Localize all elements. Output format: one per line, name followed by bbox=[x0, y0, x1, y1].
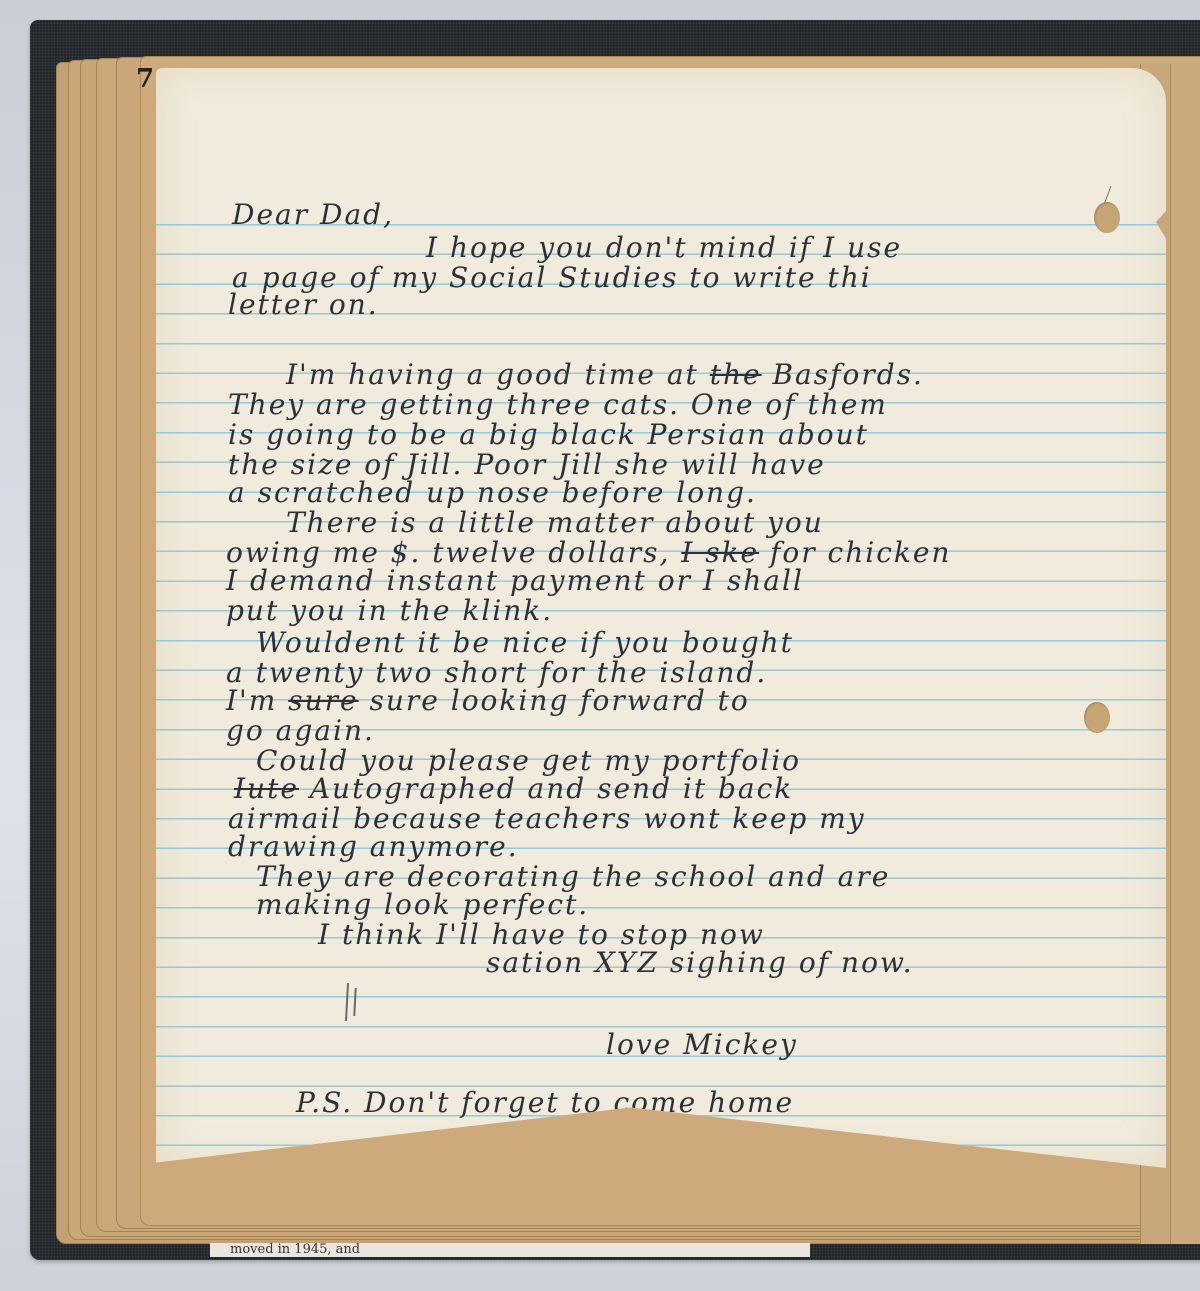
salutation: Dear Dad, bbox=[232, 200, 394, 230]
text: sure looking forward to bbox=[359, 684, 750, 717]
letter-line: drawing anymore. bbox=[228, 832, 519, 862]
punch-hole bbox=[1084, 702, 1110, 733]
next-page-edge bbox=[1170, 64, 1200, 1244]
postscript-line: P.S. Don't forget to come home bbox=[296, 1088, 794, 1118]
letter-line: I demand instant payment or I shall bbox=[226, 566, 804, 596]
struck-text: Iute bbox=[234, 772, 299, 805]
letter-line: a scratched up nose before long. bbox=[228, 478, 757, 508]
letter-line: put you in the klink. bbox=[226, 596, 553, 626]
sign-off-line: sation XYZ sighing of now. bbox=[486, 948, 913, 978]
letter-line: I'm sure sure looking forward to bbox=[226, 686, 750, 716]
letter-line: go again. bbox=[226, 716, 375, 746]
text: I'm bbox=[226, 684, 288, 717]
newspaper-clipping-edge: moved in 1945, and bbox=[210, 1243, 810, 1257]
punch-hole bbox=[1094, 202, 1120, 233]
letter-line: letter on. bbox=[228, 290, 379, 320]
struck-text: the bbox=[710, 358, 762, 391]
closing-signature: love Mickey bbox=[606, 1030, 798, 1060]
letter-line: I'm having a good time at the Basfords. bbox=[286, 360, 924, 390]
letter-line: I hope you don't mind if I use bbox=[426, 233, 902, 263]
letter-line: is going to be a big black Persian about bbox=[228, 420, 869, 450]
text: I'm having a good time at bbox=[286, 358, 710, 391]
text: Basfords. bbox=[762, 358, 924, 391]
text: Autographed and send it back bbox=[299, 772, 793, 805]
struck-text: sure bbox=[288, 684, 358, 717]
letter-sheet: Dear Dad, I hope you don't mind if I use… bbox=[156, 68, 1166, 1168]
letter-line: They are getting three cats. One of them bbox=[228, 390, 888, 420]
letter-line: There is a little matter about you bbox=[286, 508, 824, 538]
letter-line: Wouldent it be nice if you bought bbox=[256, 628, 794, 658]
letter-line: Iute Autographed and send it back bbox=[234, 774, 793, 804]
page-number: 7 bbox=[136, 64, 154, 94]
letter-line: making look perfect. bbox=[256, 890, 589, 920]
